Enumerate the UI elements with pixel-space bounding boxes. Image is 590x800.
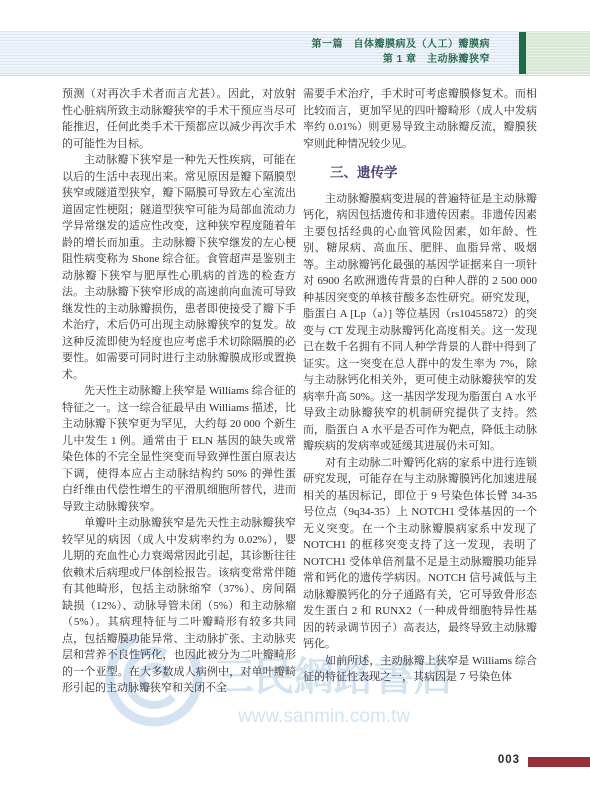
- paragraph: 单瓣叶主动脉瓣狭窄是先天性主动脉瓣狭窄较罕见的病因（成人中发病率约为 0.02%…: [62, 515, 296, 697]
- part-title: 第一篇 自体瓣膜病及（人工）瓣膜病: [312, 37, 491, 52]
- right-column: 需要手术治疗，手术时可考虑瓣膜修复术。而相比较而言，更加罕见的四叶瓣畸形（成人中…: [303, 86, 537, 686]
- book-page: 第一篇 自体瓣膜病及（人工）瓣膜病 第 1 章 主动脉瓣狭窄 三民網路書店 ww…: [0, 0, 590, 800]
- chapter-title: 第 1 章 主动脉瓣狭窄: [312, 52, 491, 67]
- paragraph: 预测（对再次手术者而言尤甚）。因此，对放射性心脏病所致主动脉瓣狭窄的手术干预应当…: [62, 86, 296, 152]
- watermark-store-url: www.sanmin.com.tw: [237, 706, 410, 727]
- left-column: 预测（对再次手术者而言尤甚）。因此，对放射性心脏病所致主动脉瓣狭窄的手术干预应当…: [62, 86, 296, 697]
- page-header-band: [0, 31, 590, 76]
- chapter-marker-bar: [519, 32, 526, 74]
- paragraph: 主动脉瓣膜病变进展的普遍特征是主动脉瓣钙化，病因包括遗传和非遗传因素。非遗传因素…: [303, 191, 537, 455]
- paragraph: 如前所述，主动脉瓣上狭窄是 Williams 综合征的特征性表现之一，其病因是 …: [303, 653, 537, 686]
- running-head: 第一篇 自体瓣膜病及（人工）瓣膜病 第 1 章 主动脉瓣狭窄: [312, 37, 491, 67]
- chapter-marker-box: [526, 32, 590, 74]
- paragraph: 主动脉瓣下狭窄是一种先天性疾病，可能在以后的生活中表现出来。常见原因是瓣下隔膜型…: [62, 152, 296, 383]
- footer-accent-bar: [528, 757, 590, 767]
- paragraph: 需要手术治疗，手术时可考虑瓣膜修复术。而相比较而言，更加罕见的四叶瓣畸形（成人中…: [303, 86, 537, 152]
- section-heading-genetics: 三、遗传学: [303, 165, 537, 182]
- paragraph: 先天性主动脉瓣上狭窄是 Williams 综合征的特征之一。这一综合征最早由 W…: [62, 383, 296, 515]
- paragraph: 对有主动脉二叶瓣钙化病的家系中进行连锁研究发现，可能存在与主动脉瓣膜钙化加速进展…: [303, 455, 537, 653]
- page-number: 003: [498, 754, 520, 766]
